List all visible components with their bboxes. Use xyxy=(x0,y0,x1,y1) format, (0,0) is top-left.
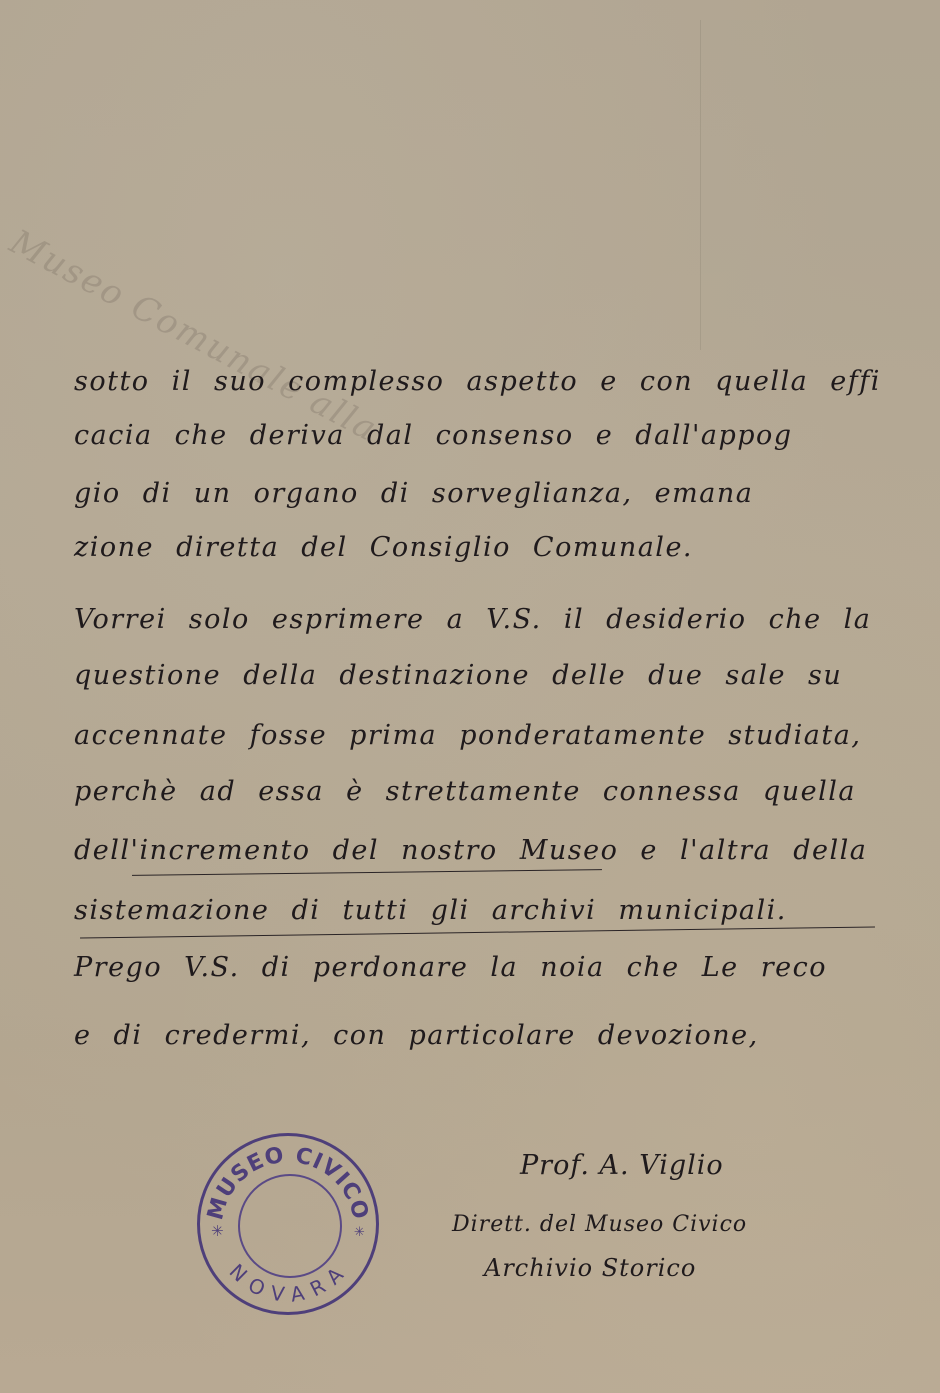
letter-page: Museo Comunale alla sotto il suo comples… xyxy=(0,0,940,1393)
body-line: e di credermi, con particolare devozione… xyxy=(74,1020,894,1051)
body-line: gio di un organo di sorveglianza, emana xyxy=(74,478,894,509)
body-line: Prego V.S. di perdonare la noia che Le r… xyxy=(74,952,894,983)
stamp-star-right-icon: ✳ xyxy=(354,1225,365,1240)
body-line: accennate fosse prima ponderatamente stu… xyxy=(74,720,894,751)
signature-title-2: Archivio Storico xyxy=(484,1254,696,1282)
body-line: cacia che deriva dal consenso e dall'app… xyxy=(74,420,894,451)
body-line: sotto il suo complesso aspetto e con que… xyxy=(74,366,894,397)
svg-text:NOVARA: NOVARA xyxy=(225,1259,352,1307)
body-line: questione della destinazione delle due s… xyxy=(74,660,894,691)
underline-incremento-museo xyxy=(132,869,602,876)
body-line: zione diretta del Consiglio Comunale. xyxy=(74,532,894,563)
signature-name: Prof. A. Viglio xyxy=(520,1150,724,1181)
underline-sistemazione-archivi xyxy=(80,926,875,938)
bleed-through-text: Museo Comunale alla xyxy=(3,222,384,450)
stamp-ring-text: MUSEO CIVICO NOVARA ✳ ✳ xyxy=(197,1133,379,1315)
stamp-top-text: MUSEO CIVICO xyxy=(203,1143,373,1223)
body-line: sistemazione di tutti gli archivi munici… xyxy=(74,895,894,926)
signature-title-1: Dirett. del Museo Civico xyxy=(452,1212,747,1237)
stamp-star-left-icon: ✳ xyxy=(211,1222,224,1240)
bleed-through-panel xyxy=(700,20,940,350)
body-line: perchè ad essa è strettamente connessa q… xyxy=(74,776,894,807)
body-line: Vorrei solo esprimere a V.S. il desideri… xyxy=(74,604,894,635)
stamp-bottom-text: NOVARA xyxy=(225,1259,352,1307)
museum-stamp: MUSEO CIVICO NOVARA ✳ ✳ xyxy=(197,1133,379,1315)
body-line: dell'incremento del nostro Museo e l'alt… xyxy=(74,835,894,866)
svg-text:MUSEO CIVICO: MUSEO CIVICO xyxy=(203,1143,373,1223)
